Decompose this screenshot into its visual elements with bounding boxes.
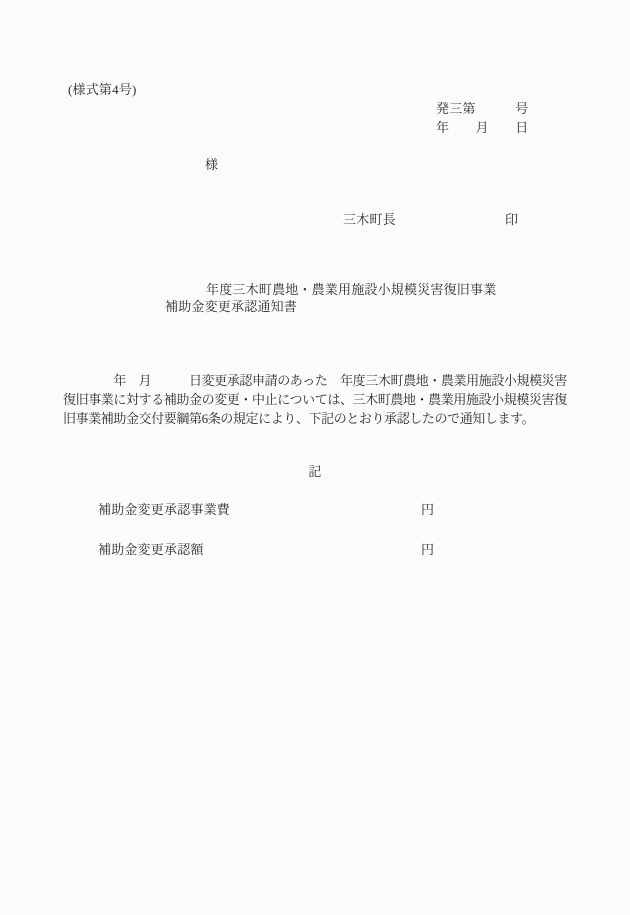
seal-mark: 印 (505, 213, 518, 226)
item-label-approved-amount: 補助金変更承認額 (98, 543, 204, 556)
body-line: 年 月 日変更承認申請のあった 年度三木町農地・農業用施設小規模災害 (63, 374, 567, 387)
unit-yen: 円 (421, 543, 434, 556)
mayor-signature: 三木町長 (343, 213, 396, 226)
body-line: 旧事業補助金交付要綱第6条の規定により、下記のとおり承認したので通知します。 (63, 412, 534, 425)
record-marker: 記 (0, 465, 630, 478)
unit-yen: 円 (421, 503, 434, 516)
date-line: 年 月 日 (436, 121, 528, 134)
document-page: (様式第4号) 発三第 号 年 月 日 様 三木町長 印 年度三木町農地・農業用… (0, 0, 630, 915)
addressee-honorific: 様 (205, 158, 218, 171)
document-number-line: 発三第 号 (436, 102, 528, 115)
body-line: 復旧事業に対する補助金の変更・中止については、三木町農地・農業用施設小規模災害復 (63, 393, 567, 406)
title-line-2: 補助金変更承認通知書 (165, 300, 297, 313)
item-label-approved-project-cost: 補助金変更承認事業費 (98, 503, 230, 516)
title-line-1: 年度三木町農地・農業用施設小規模災害復旧事業 (206, 283, 496, 296)
form-number: (様式第4号) (68, 83, 137, 96)
